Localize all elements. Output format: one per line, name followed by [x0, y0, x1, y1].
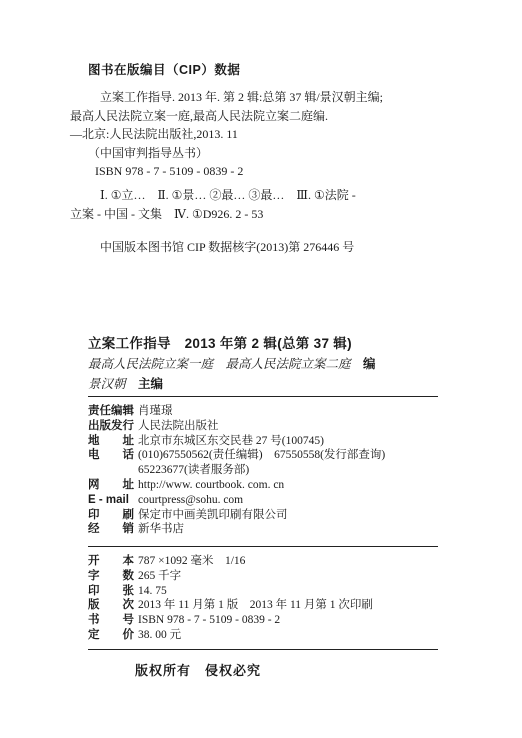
specs: 开 本787 ×1092 毫米 1/16 字 数265 千字 印 张14. 75… [70, 554, 442, 643]
colophon-value: 人民法院出版社 [138, 419, 219, 434]
editors-names: 最高人民法院立案一庭 最高人民法院立案二庭 [88, 357, 351, 371]
divider [88, 649, 438, 650]
colophon-value: 北京市东城区东交民巷 27 号(100745) [138, 434, 324, 449]
specs-row: 书 号ISBN 978 - 7 - 5109 - 0839 - 2 [70, 613, 442, 628]
cip-record-line: —北京:人民法院出版社,2013. 11 [70, 125, 442, 144]
cip-record: 立案工作指导. 2013 年. 第 2 辑:总第 37 辑/景汉朝主编; 最高人… [70, 88, 442, 181]
divider [88, 396, 438, 397]
colophon-label: 出版发行 [88, 419, 136, 434]
colophon-value: 肖瑾璟 [138, 404, 173, 419]
colophon-value: (010)67550562(责任编辑) 67550558(发行部查询) [138, 448, 385, 463]
colophon-row: 经 销新华书店 [70, 522, 442, 537]
colophon-label: E - mail [88, 493, 136, 508]
colophon-row: E - mailcourtpress@sohu. com [70, 493, 442, 508]
colophon-label [88, 463, 136, 478]
copyright-notice: 版权所有 侵权必究 [70, 660, 507, 679]
colophon-label: 网 址 [88, 478, 136, 493]
colophon-value: http://www. courtbook. com. cn [138, 478, 284, 493]
specs-row: 开 本787 ×1092 毫米 1/16 [70, 554, 442, 569]
cip-record-line: 最高人民法院立案一庭,最高人民法院立案二庭编. [70, 107, 442, 126]
specs-label: 开 本 [88, 554, 136, 569]
colophon-value: 保定市中画美凯印刷有限公司 [138, 508, 288, 523]
divider [88, 546, 438, 547]
specs-value: 787 ×1092 毫米 1/16 [138, 554, 245, 569]
cip-classification-line: 立案 - 中国 - 文集 Ⅳ. ①D926. 2 - 53 [70, 205, 442, 224]
cip-record-line: 立案工作指导. 2013 年. 第 2 辑:总第 37 辑/景汉朝主编; [70, 88, 442, 107]
cip-classification-line: Ⅰ. ①立… Ⅱ. ①景… ②最… ③最… Ⅲ. ①法院 - [70, 186, 442, 205]
colophon-row: 印 刷保定市中画美凯印刷有限公司 [70, 508, 442, 523]
specs-value: 2013 年 11 月第 1 版 2013 年 11 月第 1 次印刷 [138, 598, 373, 613]
copyright-page: 图书在版编目（CIP）数据 立案工作指导. 2013 年. 第 2 辑:总第 3… [0, 0, 522, 738]
colophon-value: 新华书店 [138, 522, 184, 537]
colophon-row: 出版发行人民法院出版社 [70, 419, 442, 434]
colophon-row: 65223677(读者服务部) [70, 463, 442, 478]
colophon-label: 印 刷 [88, 508, 136, 523]
editors-suffix: 编 [363, 357, 376, 371]
specs-row: 印 张14. 75 [70, 584, 442, 599]
colophon-row: 地 址北京市东城区东交民巷 27 号(100745) [70, 434, 442, 449]
cip-isbn-line: ISBN 978 - 7 - 5109 - 0839 - 2 [70, 162, 442, 181]
specs-label: 版 次 [88, 598, 136, 613]
chief-editor-name: 景汉朝 [88, 377, 126, 391]
colophon-row: 责任编辑肖瑾璟 [70, 404, 442, 419]
cip-classification: Ⅰ. ①立… Ⅱ. ①景… ②最… ③最… Ⅲ. ①法院 - 立案 - 中国 -… [70, 186, 442, 223]
colophon-label: 经 销 [88, 522, 136, 537]
colophon: 责任编辑肖瑾璟 出版发行人民法院出版社 地 址北京市东城区东交民巷 27 号(1… [70, 404, 442, 537]
specs-label: 定 价 [88, 628, 136, 643]
chief-editor-suffix: 主编 [138, 377, 163, 391]
specs-label: 印 张 [88, 584, 136, 599]
colophon-value: 65223677(读者服务部) [138, 463, 249, 478]
editors-line: 最高人民法院立案一庭 最高人民法院立案二庭 编 [88, 354, 460, 374]
colophon-label: 地 址 [88, 434, 136, 449]
colophon-label: 责任编辑 [88, 404, 136, 419]
specs-value: 38. 00 元 [138, 628, 181, 643]
specs-row: 版 次2013 年 11 月第 1 版 2013 年 11 月第 1 次印刷 [70, 598, 442, 613]
cip-header: 图书在版编目（CIP）数据 [70, 60, 460, 78]
cip-registry: 中国版本图书馆 CIP 数据核字(2013)第 276446 号 [70, 238, 472, 255]
cip-record-line: （中国审判指导丛书） [70, 144, 442, 163]
colophon-label: 电 话 [88, 448, 136, 463]
specs-value: 14. 75 [138, 584, 167, 599]
title-block: 立案工作指导 2013 年第 2 辑(总第 37 辑) 最高人民法院立案一庭 最… [70, 333, 460, 394]
chief-editor-line: 景汉朝 主编 [88, 374, 460, 394]
specs-value: 265 千字 [138, 569, 181, 584]
specs-value: ISBN 978 - 7 - 5109 - 0839 - 2 [138, 613, 280, 628]
colophon-value: courtpress@sohu. com [138, 493, 243, 508]
colophon-row: 网 址http://www. courtbook. com. cn [70, 478, 442, 493]
colophon-row: 电 话(010)67550562(责任编辑) 67550558(发行部查询) [70, 448, 442, 463]
specs-label: 字 数 [88, 569, 136, 584]
specs-row: 字 数265 千字 [70, 569, 442, 584]
specs-row: 定 价38. 00 元 [70, 628, 442, 643]
specs-label: 书 号 [88, 613, 136, 628]
book-title: 立案工作指导 2013 年第 2 辑(总第 37 辑) [88, 333, 460, 354]
